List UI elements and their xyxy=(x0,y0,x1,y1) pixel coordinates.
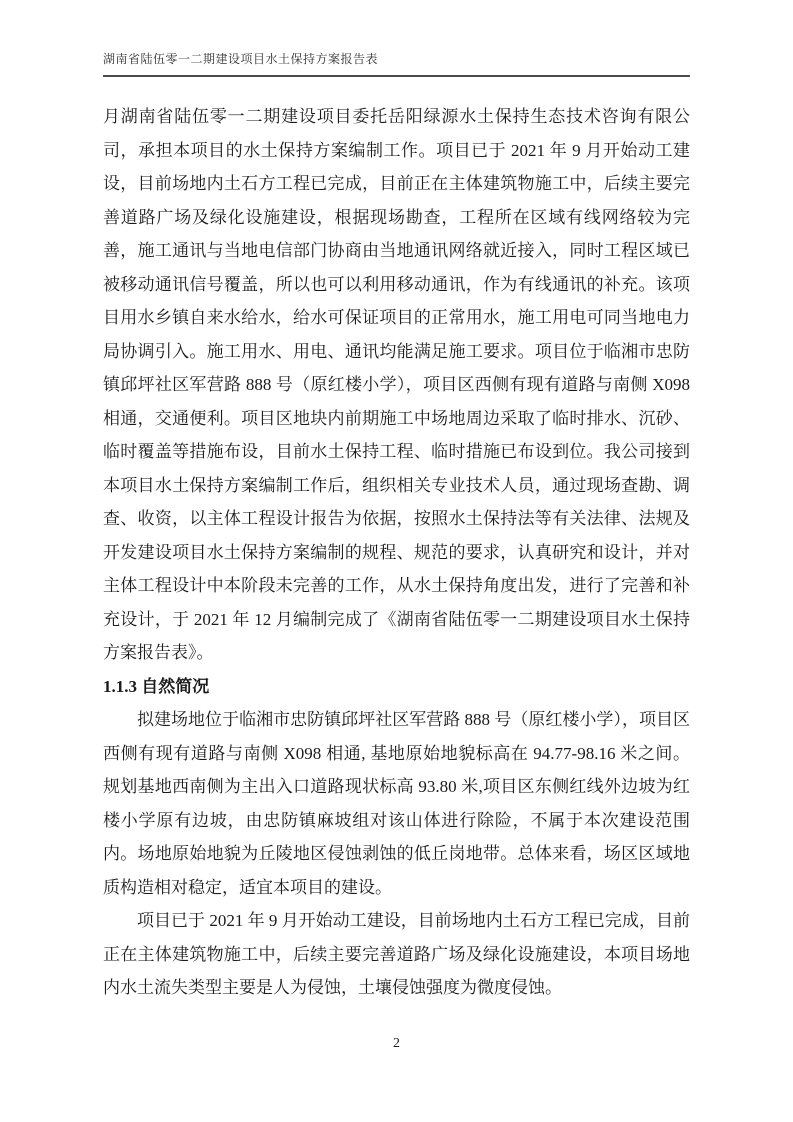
paragraph-continuation: 月湖南省陆伍零一二期建设项目委托岳阳绿源水土保持生态技术咨询有限公司，承担本项目… xyxy=(103,100,690,670)
paragraph-nature-overview: 拟建场地位于临湘市忠防镇邱坪社区军营路 888 号（原红楼小学），项目区西侧有现… xyxy=(103,703,690,904)
document-page: 湖南省陆伍零一二期建设项目水土保持方案报告表 月湖南省陆伍零一二期建设项目委托岳… xyxy=(0,0,793,1122)
paragraph-construction-status: 项目已于 2021 年 9 月开始动工建设，目前场地内土石方工程已完成，目前正在… xyxy=(103,904,690,1005)
header-title: 湖南省陆伍零一二期建设项目水土保持方案报告表 xyxy=(103,52,690,77)
page-header: 湖南省陆伍零一二期建设项目水土保持方案报告表 xyxy=(103,52,690,77)
page-number: 2 xyxy=(393,1036,400,1051)
document-body: 月湖南省陆伍零一二期建设项目委托岳阳绿源水土保持生态技术咨询有限公司，承担本项目… xyxy=(103,100,690,1005)
section-heading: 1.1.3 自然简况 xyxy=(103,670,690,704)
page-footer: 2 xyxy=(0,1034,793,1052)
